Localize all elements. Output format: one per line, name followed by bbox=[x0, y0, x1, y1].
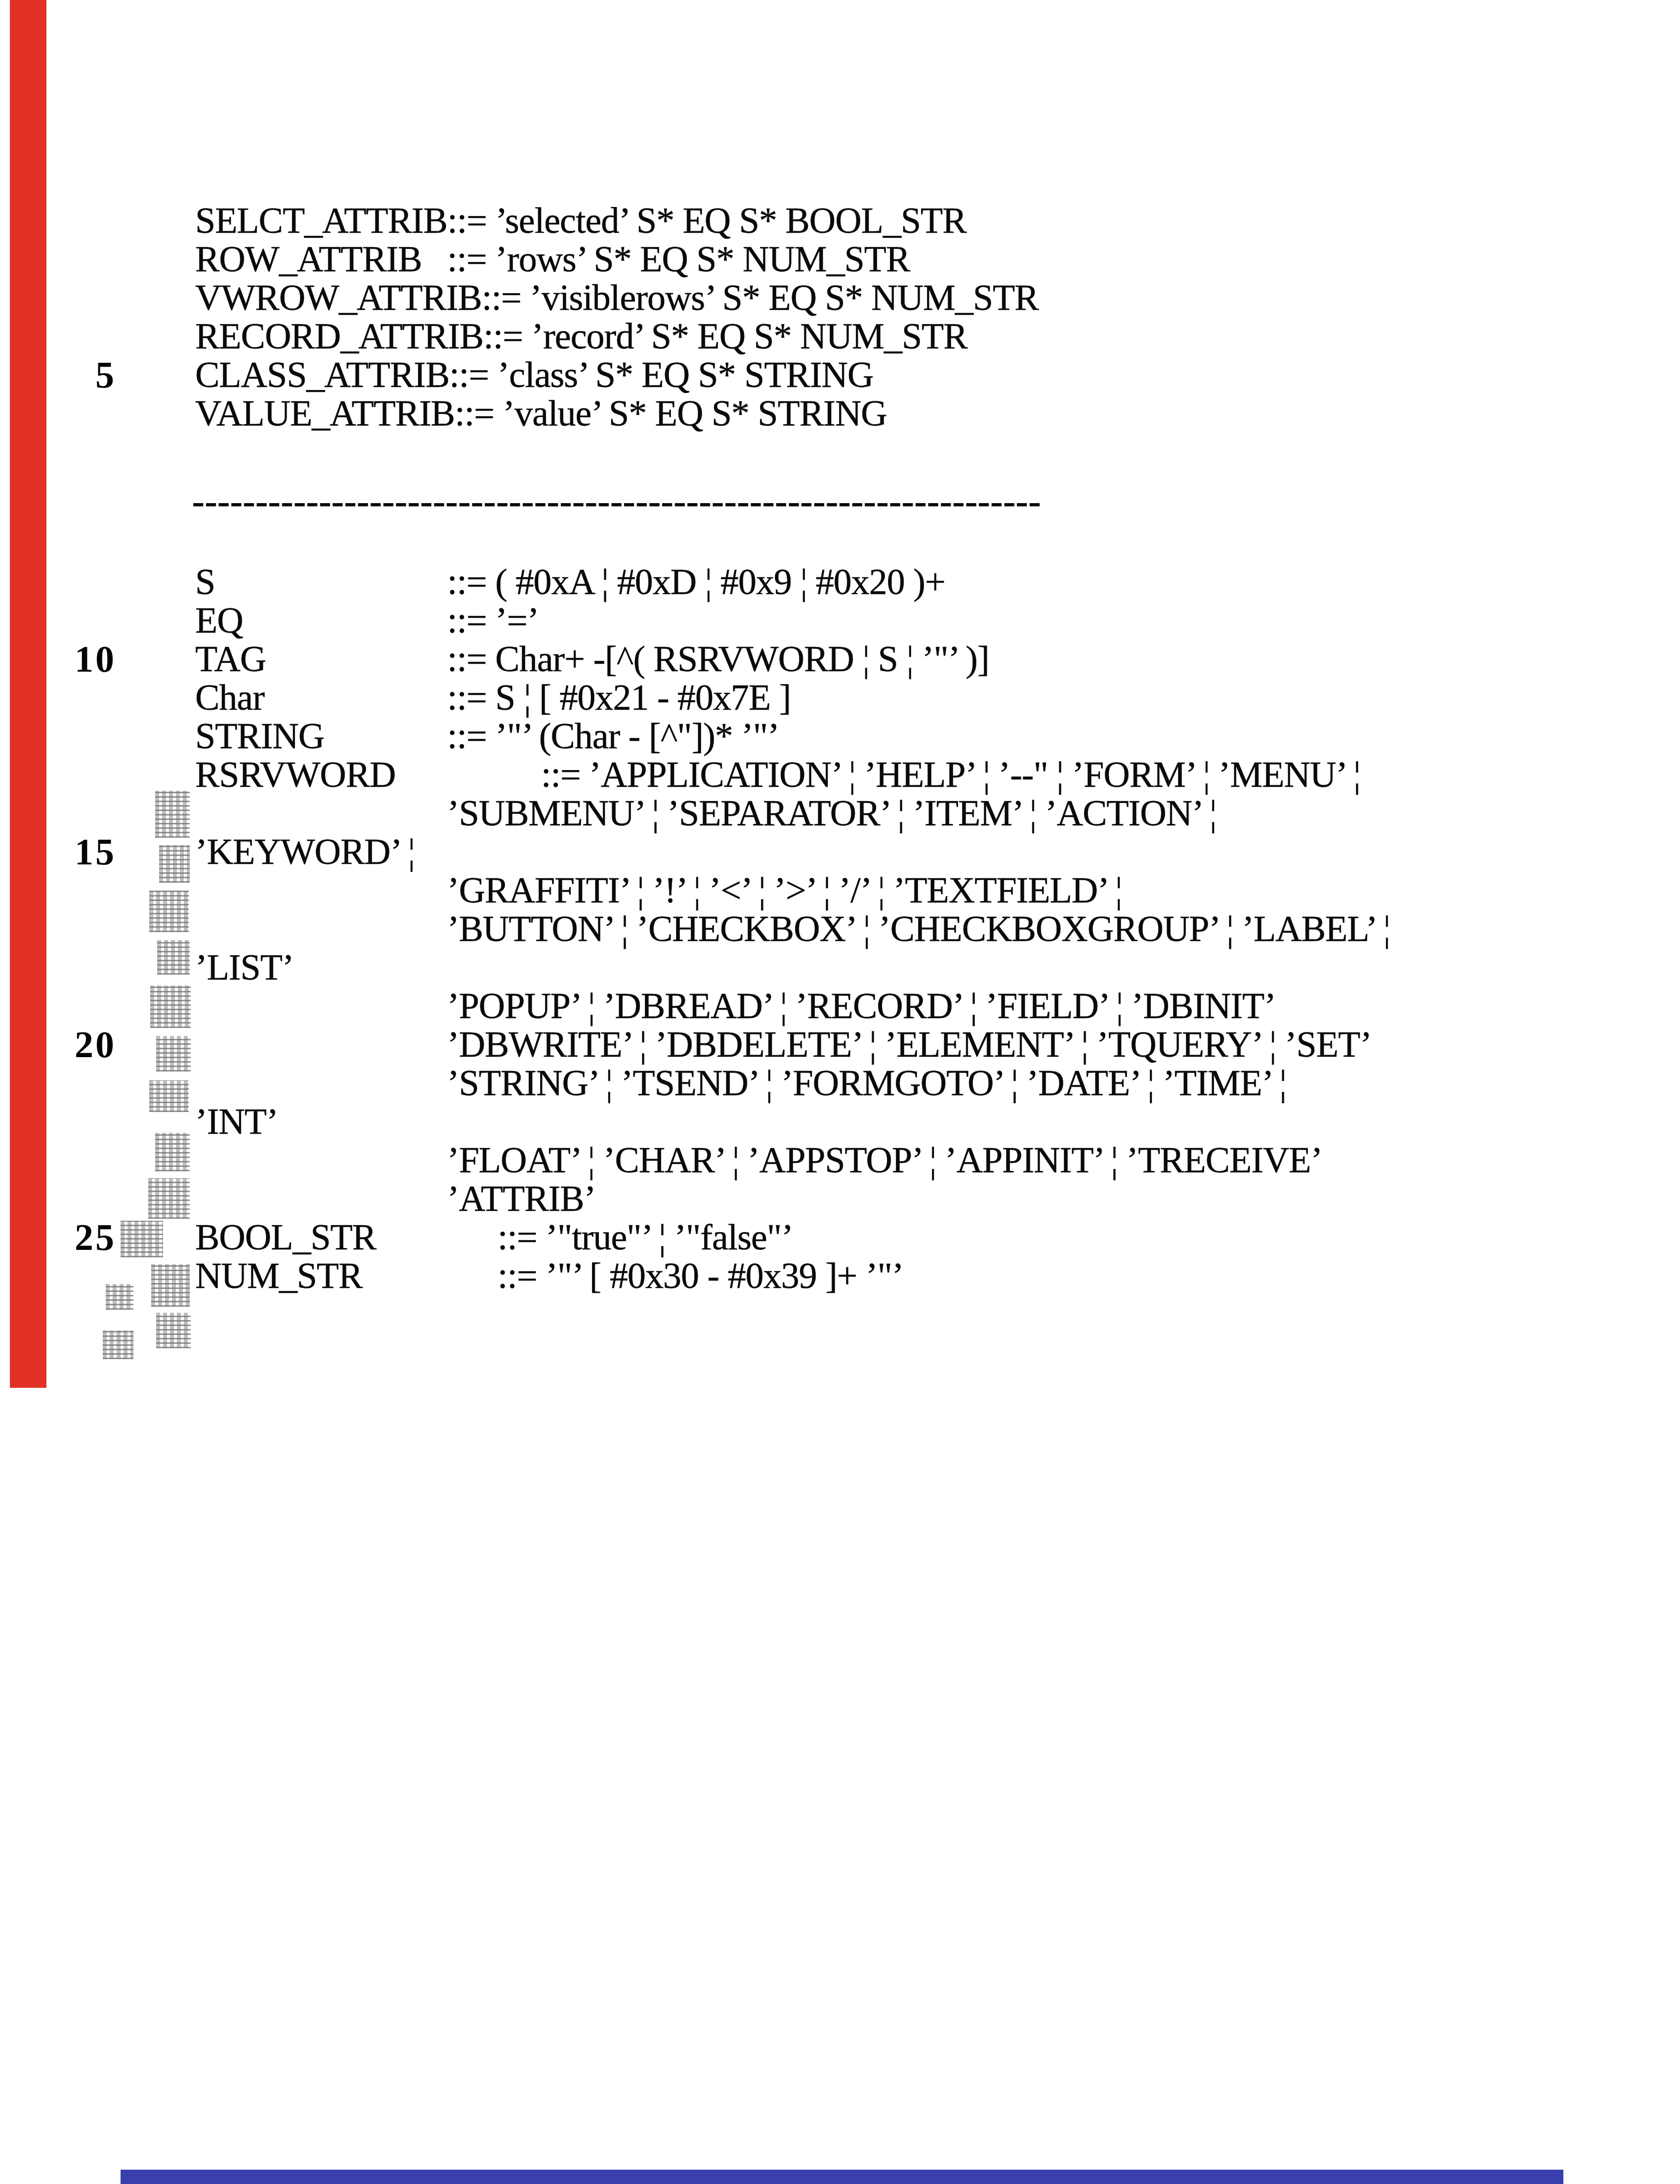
rule-definition: ::= ’record’ S* EQ S* NUM_STR bbox=[483, 316, 967, 357]
rule-definition: ::= Char+ -[^( RSRVWORD ¦ S ¦ ’"’ )] bbox=[447, 639, 989, 680]
grammar-line-continuation: ’DBWRITE’ ¦ ’DBDELETE’ ¦ ’ELEMENT’ ¦ ’TQ… bbox=[195, 1026, 1529, 1064]
rule-definition: ::= ’selected’ S* EQ S* BOOL_STR bbox=[447, 201, 966, 241]
rule-name: BOOL_STR bbox=[195, 1218, 498, 1257]
block-gap bbox=[195, 521, 1529, 563]
rule-definition: ::= ’=’ bbox=[447, 600, 539, 641]
rule-name: SELCT_ATTRIB bbox=[195, 202, 447, 240]
grammar-line-continuation: ’FLOAT’ ¦ ’CHAR’ ¦ ’APPSTOP’ ¦ ’APPINIT’… bbox=[195, 1141, 1529, 1180]
line-number-20: 20 bbox=[62, 1026, 116, 1064]
rule-definition: ’GRAFFITI’ ¦ ’!’ ¦ ’<’ ¦ ’>’ ¦ ’/’ ¦ ’TE… bbox=[447, 870, 1122, 911]
rule-name: ’KEYWORD’ ¦ bbox=[195, 833, 447, 871]
line-number-15: 15 bbox=[62, 833, 116, 871]
grammar-line-selct-attrib: SELCT_ATTRIB::= ’selected’ S* EQ S* BOOL… bbox=[195, 202, 1529, 240]
grammar-line-keyword: ’KEYWORD’ ¦ bbox=[195, 833, 1529, 871]
grammar-line-char: Char::= S ¦ [ #0x21 - #0x7E ] bbox=[195, 679, 1529, 717]
grammar-line-list: ’LIST’ bbox=[195, 948, 1529, 987]
rule-definition: ’POPUP’ ¦ ’DBREAD’ ¦ ’RECORD’ ¦ ’FIELD’ … bbox=[447, 986, 1276, 1027]
rule-name: VALUE_ATTRIB bbox=[195, 394, 455, 433]
rule-name: CLASS_ATTRIB bbox=[195, 356, 449, 394]
grammar-line-string: STRING::= ’"’ (Char - [^"])* ’"’ bbox=[195, 717, 1529, 756]
rule-definition: ::= ’class’ S* EQ S* STRING bbox=[449, 355, 873, 395]
rule-name: NUM_STR bbox=[195, 1257, 498, 1295]
rule-name: RSRVWORD bbox=[195, 756, 541, 794]
rule-definition: ::= ’rows’ S* EQ S* NUM_STR bbox=[447, 239, 910, 280]
rule-definition: ’SUBMENU’ ¦ ’SEPARATOR’ ¦ ’ITEM’ ¦ ’ACTI… bbox=[447, 793, 1217, 834]
rule-name: ROW_ATTRIB bbox=[195, 240, 447, 279]
grammar-line-tag: TAG::= Char+ -[^( RSRVWORD ¦ S ¦ ’"’ )] bbox=[195, 640, 1529, 679]
grammar-line-continuation: ’ATTRIB’ bbox=[195, 1180, 1529, 1218]
rule-definition: ’ATTRIB’ bbox=[447, 1179, 595, 1219]
block-gap bbox=[195, 433, 1529, 482]
grammar-text: SELCT_ATTRIB::= ’selected’ S* EQ S* BOOL… bbox=[195, 202, 1529, 1295]
bottom-edge-blue-bar bbox=[121, 2170, 1563, 2184]
line-number-25: 25 bbox=[62, 1218, 116, 1257]
grammar-line-row-attrib: ROW_ATTRIB::= ’rows’ S* EQ S* NUM_STR bbox=[195, 240, 1529, 279]
grammar-line-vwrow-attrib: VWROW_ATTRIB::= ’visiblerows’ S* EQ S* N… bbox=[195, 279, 1529, 317]
grammar-line-num-str: NUM_STR::= ’"’ [ #0x30 - #0x39 ]+ ’"’ bbox=[195, 1257, 1529, 1295]
line-number-5: 5 bbox=[62, 356, 116, 394]
rule-name: ’INT’ bbox=[195, 1103, 447, 1141]
grammar-line-class-attrib: CLASS_ATTRIB::= ’class’ S* EQ S* STRING bbox=[195, 356, 1529, 394]
rule-definition: ::= ’"’ [ #0x30 - #0x39 ]+ ’"’ bbox=[498, 1256, 904, 1296]
grammar-line-rsrvword: RSRVWORD::= ’APPLICATION’ ¦ ’HELP’ ¦ ’--… bbox=[195, 756, 1529, 794]
line-number-10: 10 bbox=[62, 640, 116, 679]
rule-name: Char bbox=[195, 679, 447, 717]
rule-definition: ::= ’"’ (Char - [^"])* ’"’ bbox=[447, 716, 779, 757]
document-page: 5 10 15 20 25 SELCT_ATTRIB::= ’selected’… bbox=[0, 0, 1680, 2184]
rule-definition: ’FLOAT’ ¦ ’CHAR’ ¦ ’APPSTOP’ ¦ ’APPINIT’… bbox=[447, 1140, 1322, 1181]
rule-definition: ::= ’visiblerows’ S* EQ S* NUM_STR bbox=[482, 278, 1039, 318]
grammar-line-continuation: ’BUTTON’ ¦ ’CHECKBOX’ ¦ ’CHECKBOXGROUP’ … bbox=[195, 910, 1529, 948]
rule-definition: ::= ’value’ S* EQ S* STRING bbox=[455, 393, 887, 434]
grammar-line-continuation: ’STRING’ ¦ ’TSEND’ ¦ ’FORMGOTO’ ¦ ’DATE’… bbox=[195, 1064, 1529, 1103]
dashed-separator: ----------------------------------------… bbox=[192, 482, 1040, 521]
grammar-line-bool-str: BOOL_STR::= ’"true"’ ¦ ’"false"’ bbox=[195, 1218, 1529, 1257]
rule-name: EQ bbox=[195, 601, 447, 640]
rule-definition: ::= ( #0xA ¦ #0xD ¦ #0x9 ¦ #0x20 )+ bbox=[447, 562, 945, 602]
left-edge-red-bar bbox=[10, 0, 46, 1388]
rule-name: ’LIST’ bbox=[195, 948, 447, 987]
grammar-line-value-attrib: VALUE_ATTRIB::= ’value’ S* EQ S* STRING bbox=[195, 394, 1529, 433]
rule-name: VWROW_ATTRIB bbox=[195, 279, 482, 317]
grammar-line-int: ’INT’ bbox=[195, 1103, 1529, 1141]
grammar-line-record-attrib: RECORD_ATTRIB::= ’record’ S* EQ S* NUM_S… bbox=[195, 317, 1529, 356]
rule-name: STRING bbox=[195, 717, 447, 756]
grammar-line-continuation: ’POPUP’ ¦ ’DBREAD’ ¦ ’RECORD’ ¦ ’FIELD’ … bbox=[195, 987, 1529, 1026]
grammar-line-continuation: ’GRAFFITI’ ¦ ’!’ ¦ ’<’ ¦ ’>’ ¦ ’/’ ¦ ’TE… bbox=[195, 871, 1529, 910]
rule-name: S bbox=[195, 563, 447, 601]
rule-name: RECORD_ATTRIB bbox=[195, 317, 483, 356]
rule-definition: ’STRING’ ¦ ’TSEND’ ¦ ’FORMGOTO’ ¦ ’DATE’… bbox=[447, 1063, 1286, 1104]
grammar-line-s: S::= ( #0xA ¦ #0xD ¦ #0x9 ¦ #0x20 )+ bbox=[195, 563, 1529, 601]
rule-name: TAG bbox=[195, 640, 447, 679]
grammar-line-continuation: ’SUBMENU’ ¦ ’SEPARATOR’ ¦ ’ITEM’ ¦ ’ACTI… bbox=[195, 794, 1529, 833]
rule-definition: ::= S ¦ [ #0x21 - #0x7E ] bbox=[447, 678, 791, 718]
rule-definition: ::= ’"true"’ ¦ ’"false"’ bbox=[498, 1217, 793, 1258]
grammar-line-eq: EQ::= ’=’ bbox=[195, 601, 1529, 640]
rule-definition: ’DBWRITE’ ¦ ’DBDELETE’ ¦ ’ELEMENT’ ¦ ’TQ… bbox=[447, 1025, 1372, 1065]
rule-definition: ::= ’APPLICATION’ ¦ ’HELP’ ¦ ’--" ¦ ’FOR… bbox=[541, 755, 1360, 795]
rule-definition: ’BUTTON’ ¦ ’CHECKBOX’ ¦ ’CHECKBOXGROUP’ … bbox=[447, 909, 1390, 949]
